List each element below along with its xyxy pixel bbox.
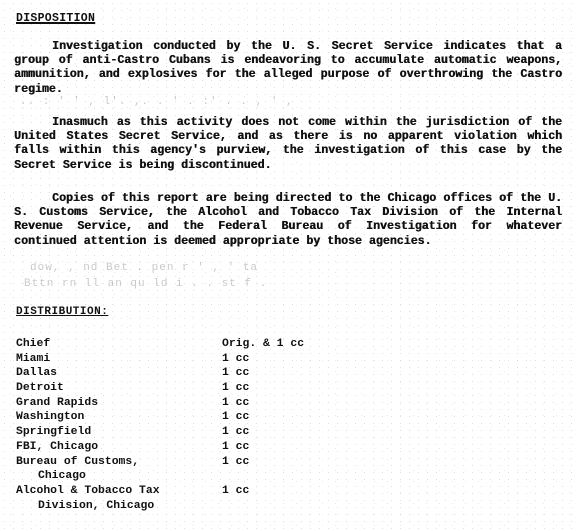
- bleed-through-text: dow, , nd Bet . pen r ' , ' ta: [30, 262, 258, 274]
- paragraph-jurisdiction: Inasmuch as this activity does not come …: [14, 116, 562, 173]
- distribution-office: Miami: [16, 353, 50, 365]
- distribution-copies: 1 cc: [222, 441, 249, 453]
- distribution-office: Detroit: [16, 382, 64, 394]
- paragraph-copies: Copies of this report are being directed…: [14, 192, 562, 249]
- distribution-copies: 1 cc: [222, 411, 249, 423]
- distribution-office: Alcohol & Tobacco Tax: [16, 485, 160, 497]
- bleed-through-text: .. : ' ' , l'. ,. . ' . :' . . , ' ,: [20, 96, 294, 108]
- distribution-copies: 1 cc: [222, 426, 249, 438]
- distribution-copies: 1 cc: [222, 353, 249, 365]
- bleed-through-text: Bttn rn ll an qu ld i . . st f .: [24, 278, 267, 290]
- distribution-heading: DISTRIBUTION:: [16, 306, 108, 318]
- paragraph-investigation: Investigation conducted by the U. S. Sec…: [14, 40, 562, 97]
- distribution-copies: 1 cc: [222, 367, 249, 379]
- paragraph-text: Copies of this report are being directed…: [14, 192, 562, 248]
- distribution-office: Chicago: [38, 470, 86, 482]
- paragraph-text: Investigation conducted by the U. S. Sec…: [14, 40, 562, 96]
- distribution-copies: 1 cc: [222, 456, 249, 468]
- distribution-office: Bureau of Customs,: [16, 456, 139, 468]
- paragraph-text: Inasmuch as this activity does not come …: [14, 116, 562, 172]
- distribution-office: FBI, Chicago: [16, 441, 98, 453]
- distribution-office: Dallas: [16, 367, 57, 379]
- distribution-office: Division, Chicago: [38, 500, 154, 512]
- distribution-office: Springfield: [16, 426, 91, 438]
- distribution-copies: 1 cc: [222, 485, 249, 497]
- scanned-document-page: .. : ' ' , l'. ,. . ' . :' . . , ' , dow…: [0, 0, 579, 531]
- distribution-copies: 1 cc: [222, 382, 249, 394]
- distribution-copies: 1 cc: [222, 397, 249, 409]
- distribution-copies: Orig. & 1 cc: [222, 338, 304, 350]
- distribution-office: Chief: [16, 338, 50, 350]
- distribution-office: Grand Rapids: [16, 397, 98, 409]
- disposition-heading: DISPOSITION: [16, 12, 95, 25]
- distribution-office: Washington: [16, 411, 84, 423]
